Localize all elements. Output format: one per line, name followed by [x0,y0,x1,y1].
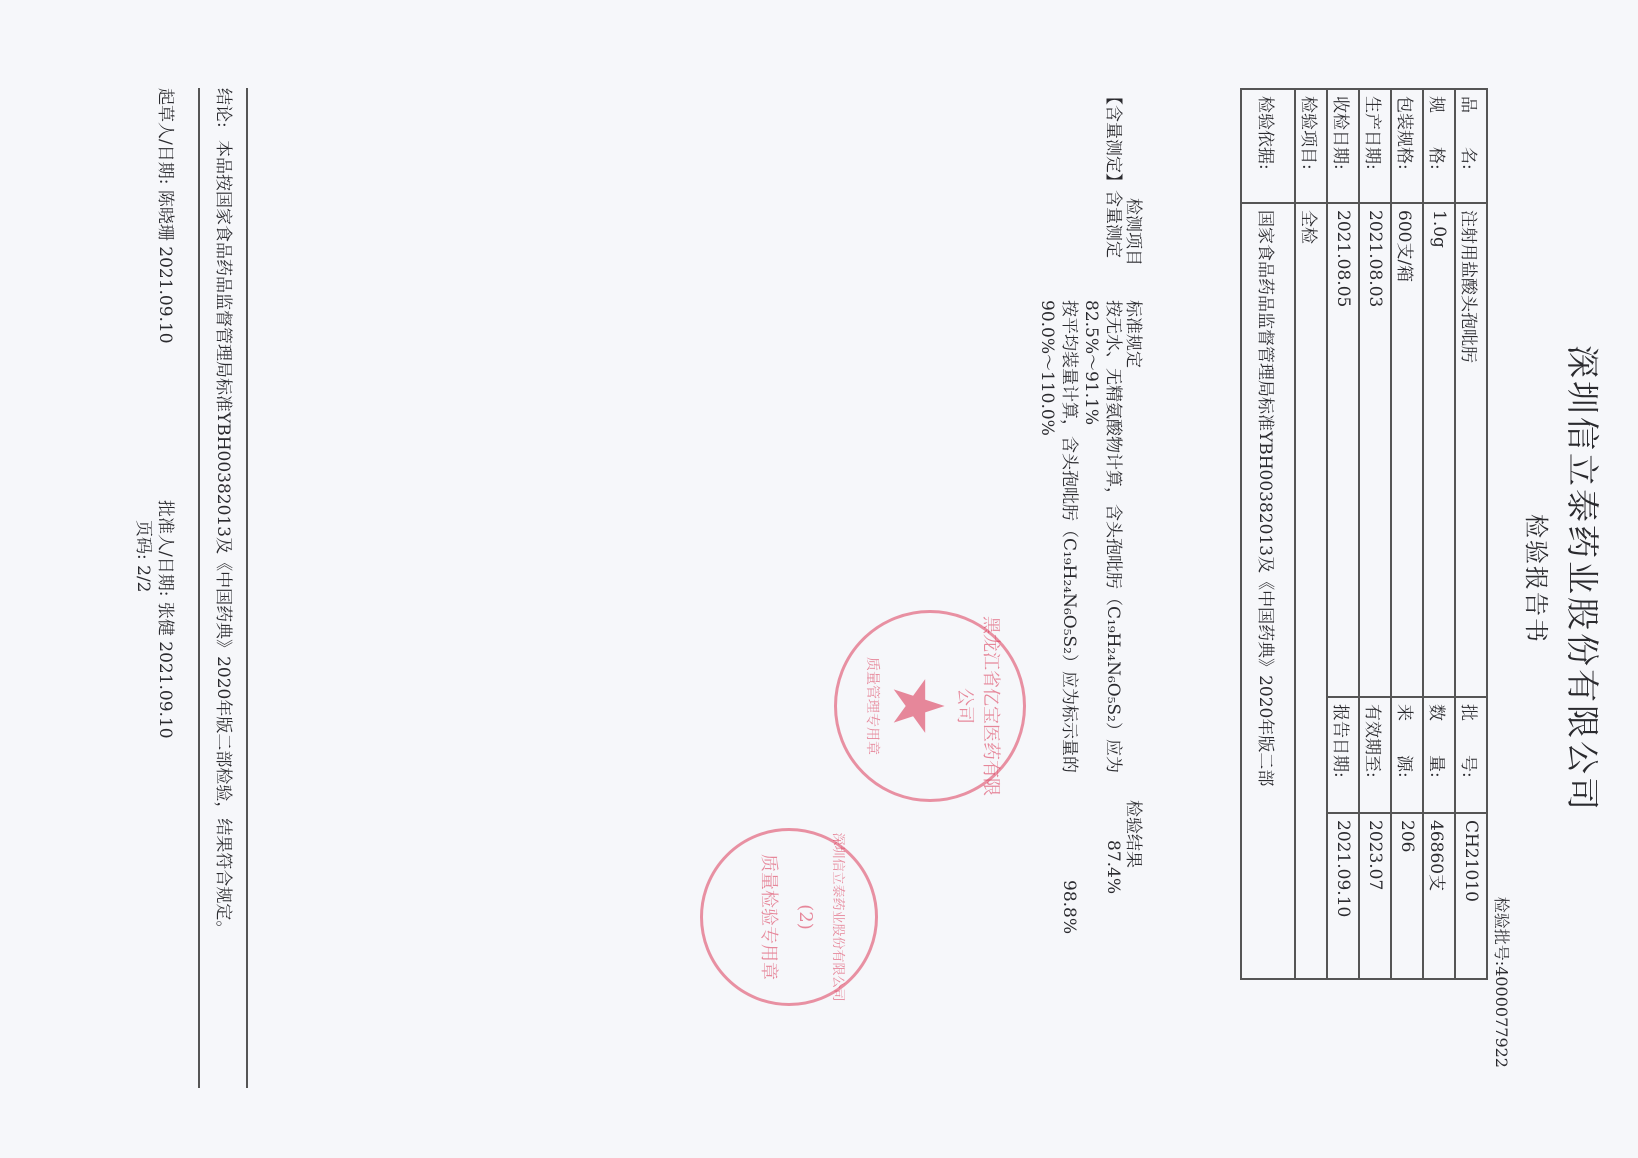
conclusion-label: 结论: [212,88,234,128]
conclusion-text: 本品按国家食品药品监督管理局标准YBH00382013及《中国药典》2020年版… [212,140,234,937]
company-stamp: 深圳信立泰药业股份有限公司 (2) 质量检验专用章 [700,828,878,1006]
document-title: 检验报告书 [1521,0,1556,1158]
distributor-stamp: 黑龙江省亿宝医药有限公司 ★ 质量管理专用章 [834,610,1026,802]
label-quantity: 数 量: [1423,697,1455,813]
value-source: 206 [1391,813,1423,979]
result-2: 98.8% [1058,880,1080,934]
company-stamp-top: 深圳信立泰药业股份有限公司 [830,831,849,1003]
company-stamp-bottom: 质量检验专用章 [757,831,783,1003]
value-production-date: 2021.08.03 [1359,203,1391,697]
star-icon: ★ [883,613,953,799]
value-received-date: 2021.08.05 [1327,203,1359,697]
result-1: 87.4% [1102,840,1124,894]
drafter-signature: 起草人/日期: 陈晓珊 2021.09.10 [155,88,180,344]
label-test-basis: 检验依据: [1241,89,1295,203]
col-header-standard: 标准规定 [1123,300,1148,368]
value-expiry: 2023.07 [1359,813,1391,979]
value-report-date: 2021.09.10 [1327,813,1359,979]
value-test-items: 全检 [1295,203,1327,979]
company-stamp-number: (2) [795,831,816,1003]
label-test-items: 检验项目: [1295,89,1327,203]
label-name: 品 名: [1455,89,1487,203]
label-report-date: 报告日期: [1327,697,1359,813]
label-batch: 批 号: [1455,697,1487,813]
label-packing: 包装规格: [1391,89,1423,203]
standard-line-3: 按平均装量计算，含头孢吡肟（C₁₉H₂₄N₆O₅S₂）应为标示量的 [1058,300,1080,773]
approver-signature: 批准人/日期: 张健 2021.09.10 [155,500,180,739]
value-name: 注射用盐酸头孢吡肟 [1455,203,1487,697]
standard-line-1: 按无水、无精氨酸物计算，含头孢吡肟（C₁₉H₂₄N₆O₅S₂）应为 [1102,300,1124,773]
value-quantity: 46860支 [1423,813,1455,979]
label-spec: 规 格: [1423,89,1455,203]
label-received-date: 收检日期: [1327,89,1359,203]
distributor-stamp-top: 黑龙江省亿宝医药有限公司 [953,613,1005,799]
report-number: 检验批号:4000077922 [1491,897,1514,1068]
value-spec: 1.0g [1423,203,1455,697]
divider-bottom [198,88,200,1088]
value-batch: CH21010 [1455,813,1487,979]
info-table: 品 名: 注射用盐酸头孢吡肟 批 号: CH21010 规 格: 1.0g 数 … [1240,88,1488,980]
standard-line-2: 82.5%～91.1% [1080,300,1102,425]
label-source: 来 源: [1391,697,1423,813]
test-item: 含量测定 [1102,190,1124,258]
distributor-stamp-bottom: 质量管理专用章 [863,613,883,799]
report-page: 深圳信立泰药业股份有限公司 检验报告书 检验批号:4000077922 品 名:… [0,0,1638,1158]
section-label: 【含量测定】 [1102,88,1124,190]
col-header-item: 检测项目 [1123,198,1148,266]
page-number: 页码: 2/2 [133,520,158,593]
divider-top [246,88,248,1088]
value-test-basis: 国家食品药品监督管理局标准YBH00382013及《中国药典》2020年版二部 [1241,203,1295,979]
label-production-date: 生产日期: [1359,89,1391,203]
col-header-result: 检验结果 [1123,800,1148,868]
company-name: 深圳信立泰药业股份有限公司 [1561,0,1608,1158]
standard-line-4: 90.0%～110.0% [1036,300,1058,436]
label-expiry: 有效期至: [1359,697,1391,813]
value-packing: 600支/箱 [1391,203,1423,697]
